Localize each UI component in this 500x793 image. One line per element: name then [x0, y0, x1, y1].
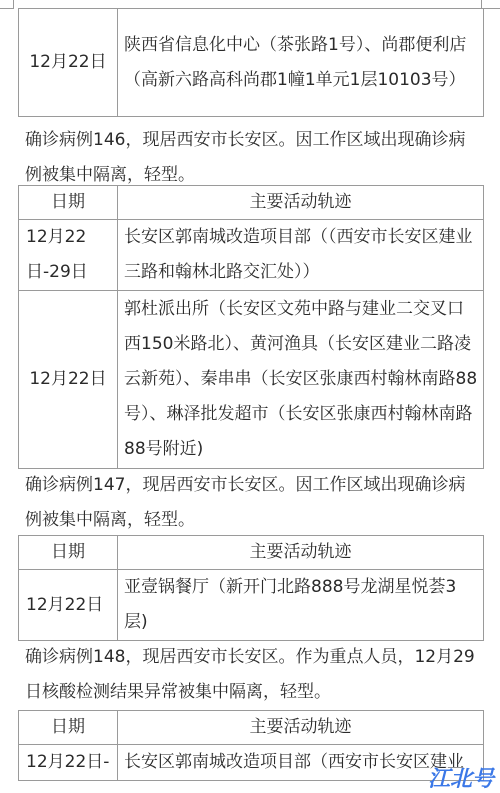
date-header: 日期 [19, 711, 118, 745]
date-header: 日期 [19, 186, 118, 220]
date-cell: 12月22日 [19, 570, 118, 641]
activity-cell: 亚壹锅餐厅（新开门北路888号龙湖星悦荟3层) [118, 570, 484, 641]
table-header-row: 日期 主要活动轨迹 [19, 711, 484, 745]
table-row: 12月22日 郭杜派出所（长安区文苑中路与建业二交叉口西150米路北）、黄河渔具… [19, 291, 484, 469]
case-146-description: 确诊病例146，现居西安市长安区。因工作区域出现确诊病例被集中隔离，轻型。 [25, 123, 480, 193]
activity-cell: 长安区郭南城改造项目部（（西安市长安区建业三路和翰林北路交汇处）） [118, 220, 484, 291]
watermark-logo: 江北号 [428, 762, 494, 793]
trace-table-case-148: 日期 主要活动轨迹 12月22日- 长安区郭南城改造项目部（西安市长安区建业 [18, 710, 484, 781]
activity-header: 主要活动轨迹 [118, 536, 484, 570]
trace-table-case-146: 日期 主要活动轨迹 12月22日-29日 长安区郭南城改造项目部（（西安市长安区… [18, 185, 484, 469]
activity-cell: 郭杜派出所（长安区文苑中路与建业二交叉口西150米路北）、黄河渔具（长安区建业二… [118, 291, 484, 469]
date-cell: 12月22日 [19, 291, 118, 469]
case-147-description: 确诊病例147，现居西安市长安区。因工作区域出现确诊病例被集中隔离，轻型。 [25, 468, 480, 538]
case-148-description: 确诊病例148，现居西安市长安区。作为重点人员，12月29日核酸检测结果异常被集… [25, 640, 480, 710]
activity-header: 主要活动轨迹 [118, 711, 484, 745]
table-row: 12月22日- 长安区郭南城改造项目部（西安市长安区建业 [19, 745, 484, 781]
table-row: 12月22日 亚壹锅餐厅（新开门北路888号龙湖星悦荟3层) [19, 570, 484, 641]
activity-cell: 陕西省信息化中心（茶张路1号）、尚郡便利店（高新六路高科尚郡1幢1单元1层101… [118, 9, 484, 117]
table-border-fragment-left [0, 0, 14, 9]
date-cell: 12月22日- [19, 745, 118, 781]
date-cell: 12月22日-29日 [19, 220, 118, 291]
trace-table-case-147: 日期 主要活动轨迹 12月22日 亚壹锅餐厅（新开门北路888号龙湖星悦荟3层) [18, 535, 484, 641]
trace-table-previous: 12月22日 陕西省信息化中心（茶张路1号）、尚郡便利店（高新六路高科尚郡1幢1… [18, 8, 484, 117]
date-header: 日期 [19, 536, 118, 570]
table-row: 12月22日 陕西省信息化中心（茶张路1号）、尚郡便利店（高新六路高科尚郡1幢1… [19, 9, 484, 117]
activity-header: 主要活动轨迹 [118, 186, 484, 220]
table-header-row: 日期 主要活动轨迹 [19, 186, 484, 220]
date-cell: 12月22日 [19, 9, 118, 117]
table-row: 12月22日-29日 长安区郭南城改造项目部（（西安市长安区建业三路和翰林北路交… [19, 220, 484, 291]
table-header-row: 日期 主要活动轨迹 [19, 536, 484, 570]
